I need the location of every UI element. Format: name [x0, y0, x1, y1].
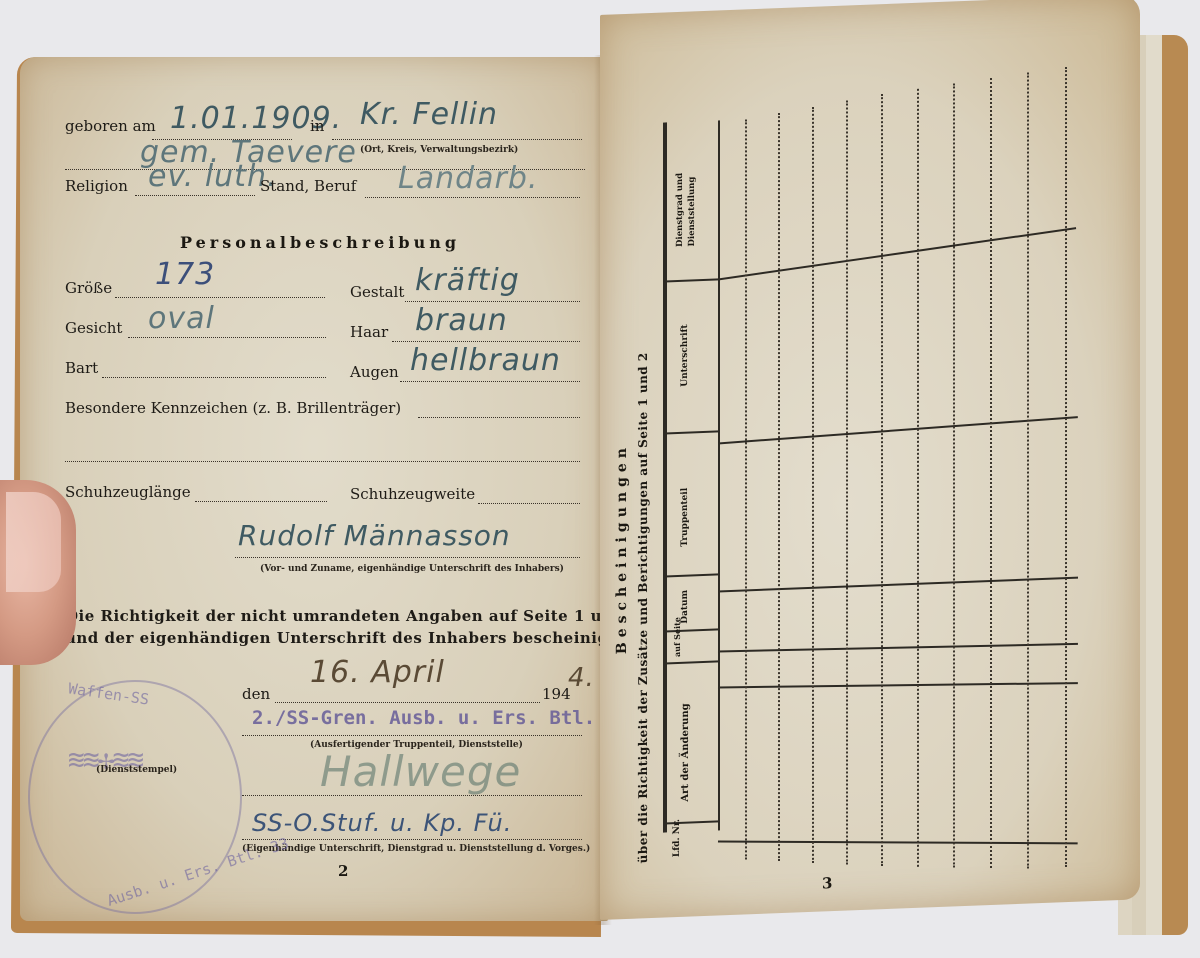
page-number-left: 2: [338, 862, 348, 880]
beard-label: Bart: [65, 359, 98, 377]
certification-line1: Die Richtigkeit der nicht umrandeten Ang…: [65, 607, 641, 625]
height-label: Größe: [65, 279, 112, 297]
religion-value: ev. luth.: [148, 159, 278, 194]
birthplace-line1: Kr. Fellin: [360, 97, 498, 132]
shoe-width-label: Schuhzeugweite: [350, 485, 475, 503]
column-header-date: Datum: [680, 590, 690, 624]
birthplace-hint: (Ort, Kreis, Verwaltungsbezirk): [360, 145, 518, 155]
certifications-subtitle: über die Richtigkeit der Zusätze und Ber…: [636, 352, 650, 864]
unit-stamp: 2./SS-Gren. Ausb. u. Ers. Btl. 33: [252, 707, 630, 729]
hair-value: braun: [415, 303, 508, 338]
face-label: Gesicht: [65, 319, 122, 337]
right-page: Bescheinigungen über die Richtigkeit der…: [600, 0, 1140, 920]
eyes-label: Augen: [350, 363, 399, 381]
year-prefix: 194: [542, 685, 571, 703]
column-header-rank: Dienstgrad und Dienststellung: [674, 136, 698, 247]
eyes-value: hellbraun: [410, 343, 561, 378]
year-suffix: 4.: [568, 663, 595, 693]
column-header-change-type: Art der Änderung: [680, 703, 691, 802]
page-number-right: 3: [822, 874, 832, 892]
column-header-signature: Unterschrift: [680, 324, 690, 387]
height-value: 173: [155, 257, 215, 292]
face-value: oval: [148, 301, 215, 336]
shoe-length-label: Schuhzeuglänge: [65, 483, 191, 501]
service-stamp: [28, 680, 242, 914]
born-label: geboren am: [65, 117, 156, 135]
date-value: 16. April: [310, 655, 445, 690]
build-label: Gestalt: [350, 283, 404, 301]
open-paybook: geboren am 1.01.1909. in Kr. Fellin gem.…: [8, 55, 1190, 935]
holder-signature-hint: (Vor- und Zuname, eigenhändige Unterschr…: [260, 564, 564, 574]
column-header-number: Lfd. Nr.: [672, 819, 682, 857]
officer-hint: (Eigenhändige Unterschrift, Dienstgrad u…: [242, 844, 590, 854]
certification-line2: und der eigenhändigen Unterschrift des I…: [65, 629, 622, 647]
officer-rank: SS-O.Stuf. u. Kp. Fü.: [252, 809, 512, 837]
religion-label: Religion: [65, 177, 128, 195]
special-marks-label: Besondere Kennzeichen (z. B. Brillenträg…: [65, 399, 401, 417]
officer-signature: Hallwege: [320, 747, 521, 796]
date-label: den: [242, 685, 270, 703]
in-label: in: [310, 117, 324, 135]
certifications-title: Bescheinigungen: [614, 443, 630, 655]
occupation-label: Stand, Beruf: [260, 177, 356, 195]
hair-label: Haar: [350, 323, 388, 341]
section-title-personal-description: Personalbeschreibung: [180, 233, 460, 252]
holder-signature: Rudolf Männasson: [238, 519, 511, 552]
stamp-label: (Dienststempel): [96, 765, 177, 775]
holding-thumb: [0, 480, 76, 665]
build-value: kräftig: [415, 263, 520, 298]
occupation-value: Landarb.: [398, 161, 538, 196]
column-header-unit: Truppenteil: [680, 488, 690, 547]
